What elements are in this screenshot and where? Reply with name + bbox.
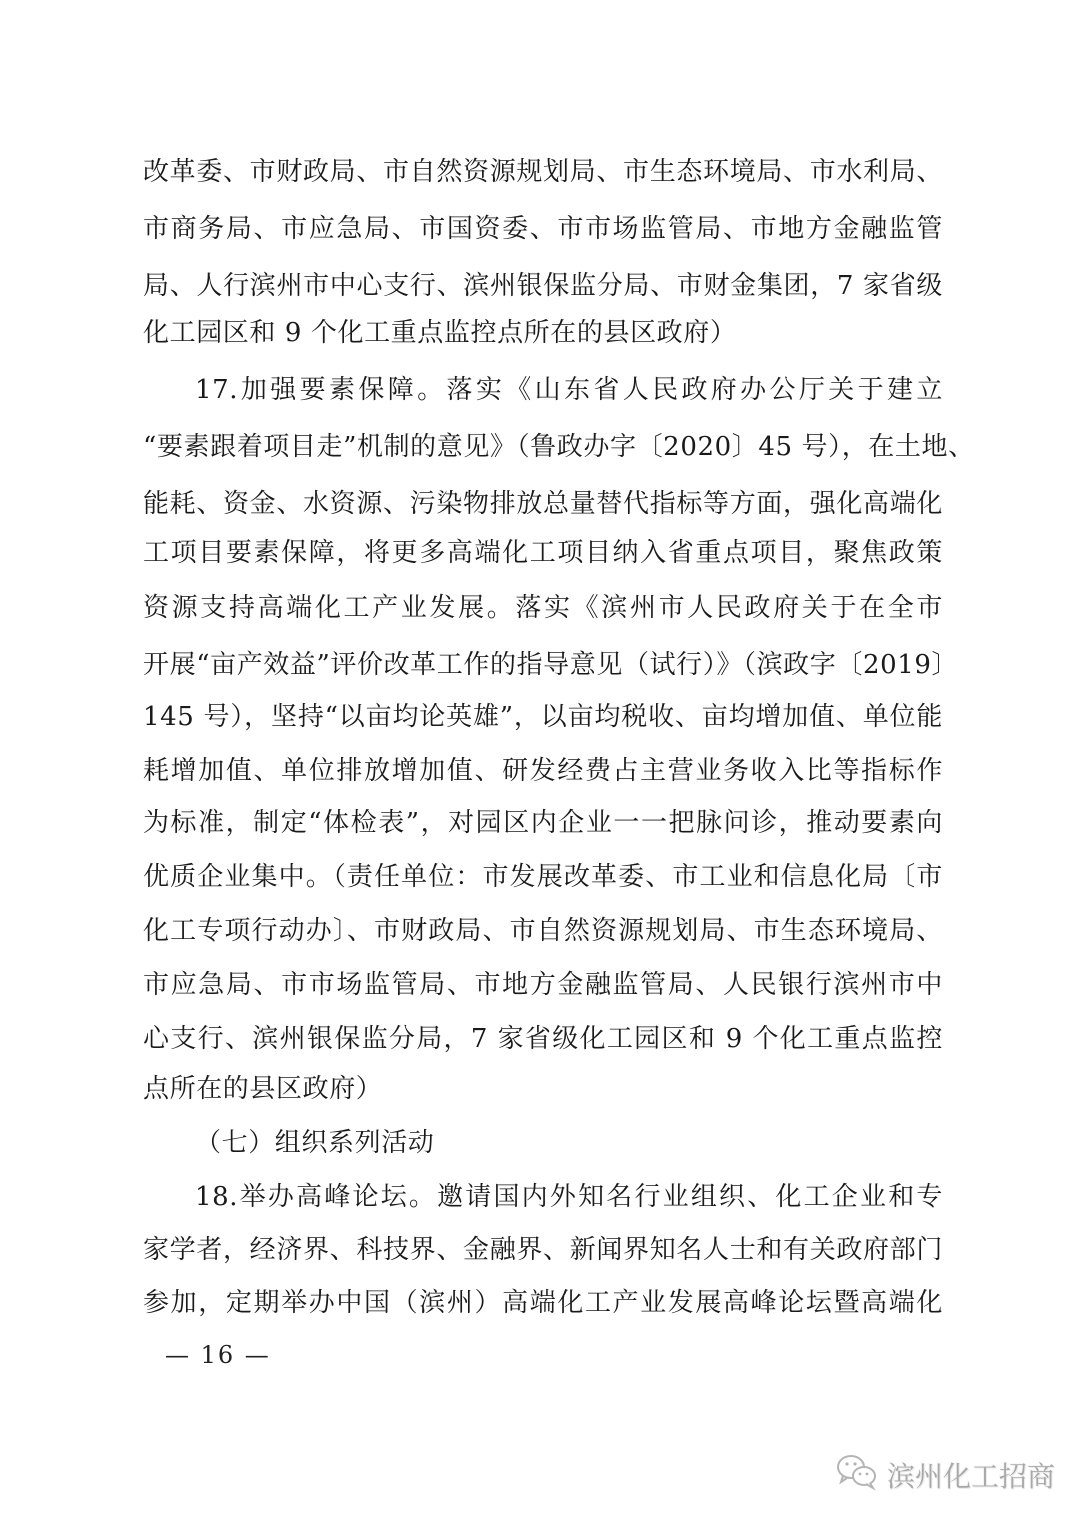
text-line: 家学者，经济界、科技界、金融界、新闻界知名人士和有关政府部门	[143, 1235, 943, 1265]
text-line: 工项目要素保障，将更多高端化工项目纳入省重点项目，聚焦政策	[143, 538, 943, 568]
wechat-icon	[835, 1453, 879, 1498]
text-line: 市应急局、市市场监管局、市地方金融监管局、人民银行滨州市中	[143, 970, 943, 1000]
text-line: 参加，定期举办中国（滨州）高端化工产业发展高峰论坛暨高端化	[143, 1288, 943, 1318]
page-number: — 16 —	[165, 1340, 271, 1370]
text-line: “要素跟着项目走”机制的意见》（鲁政办字〔2020〕45 号），在土地、	[143, 432, 943, 462]
text-line: 市商务局、市应急局、市国资委、市市场监管局、市地方金融监管	[143, 214, 943, 244]
text-line: 心支行、滨州银保监分局，7 家省级化工园区和 9 个化工重点监控	[143, 1024, 943, 1054]
text-line: 优质企业集中。（责任单位：市发展改革委、市工业和信息化局〔市	[143, 862, 943, 892]
text-line: 资源支持高端化工产业发展。落实《滨州市人民政府关于在全市	[143, 593, 943, 623]
text-line: 耗增加值、单位排放增加值、研发经费占主营业务收入比等指标作	[143, 756, 943, 786]
text-line: 开展“亩产效益”评价改革工作的指导意见（试行）》（滨政字〔2019〕	[143, 650, 943, 680]
watermark: 滨州化工招商	[835, 1455, 1055, 1495]
section-17-start: 17.加强要素保障。落实《山东省人民政府办公厅关于建立	[195, 375, 943, 405]
text-line: 化工专项行动办〕、市财政局、市自然资源规划局、市生态环境局、	[143, 916, 943, 946]
section-heading: （七）组织系列活动	[195, 1128, 943, 1158]
document-page: 改革委、市财政局、市自然资源规划局、市生态环境局、市水利局、 市商务局、市应急局…	[0, 0, 1080, 1527]
section-18-start: 18.举办高峰论坛。邀请国内外知名行业组织、化工企业和专	[195, 1182, 943, 1212]
text-line: 145 号），坚持“以亩均论英雄”，以亩均税收、亩均增加值、单位能	[143, 702, 943, 732]
watermark-label: 滨州化工招商	[887, 1455, 1055, 1495]
text-line: 化工园区和 9 个化工重点监控点所在的县区政府）	[143, 318, 943, 348]
text-line: 点所在的县区政府）	[143, 1074, 943, 1104]
text-line: 能耗、资金、水资源、污染物排放总量替代指标等方面，强化高端化	[143, 489, 943, 519]
text-line: 改革委、市财政局、市自然资源规划局、市生态环境局、市水利局、	[143, 157, 943, 187]
text-line: 为标准，制定“体检表”，对园区内企业一一把脉问诊，推动要素向	[143, 808, 943, 838]
text-line: 局、人行滨州市中心支行、滨州银保监分局、市财金集团，7 家省级	[143, 271, 943, 301]
